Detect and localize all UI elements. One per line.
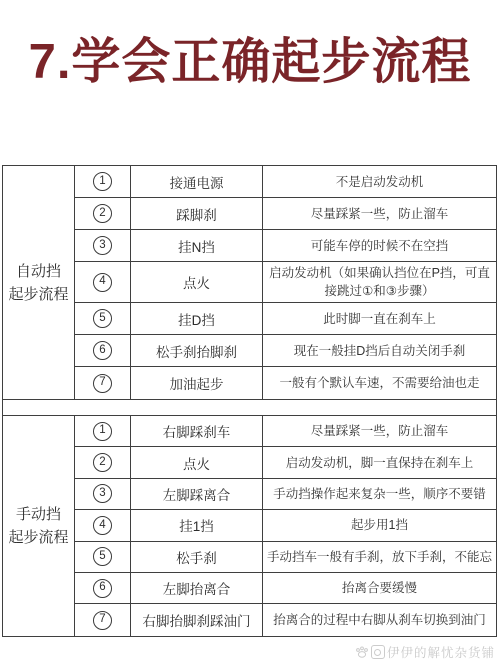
step-cell: 5 <box>75 542 131 572</box>
table-row: 6松手刹抬脚刹现在一般挂D挡后自动关闭手刹 <box>75 335 496 367</box>
step-number: 7 <box>93 374 112 393</box>
step-number: 1 <box>93 422 112 441</box>
step-number: 4 <box>93 273 112 292</box>
action-label: 点火 <box>183 453 210 473</box>
step-cell: 2 <box>75 447 131 477</box>
table-row: 2踩脚刹尽量踩紧一些，防止溜车 <box>75 198 496 230</box>
action-label: 挂D挡 <box>178 309 215 329</box>
manual-gear-rows: 1右脚踩刹车尽量踩紧一些，防止溜车2点火启动发动机，脚一直保持在刹车上3左脚踩离… <box>75 416 496 636</box>
note-text: 起步用1挡 <box>351 516 408 534</box>
step-cell: 4 <box>75 510 131 540</box>
step-number: 4 <box>93 516 112 535</box>
manual-gear-table: 手动挡 起步流程 1右脚踩刹车尽量踩紧一些，防止溜车2点火启动发动机，脚一直保持… <box>3 416 496 636</box>
note-cell: 启动发动机（如果确认挡位在P挡，可直接跳过①和③步骤） <box>263 262 496 302</box>
table-row: 5挂D挡此时脚一直在刹车上 <box>75 303 496 335</box>
note-cell: 尽量踩紧一些，防止溜车 <box>263 198 496 229</box>
step-number: 1 <box>93 172 112 191</box>
action-cell: 右脚踩刹车 <box>131 416 263 446</box>
table-row: 7加油起步一般有个默认车速，不需要给油也走 <box>75 367 496 399</box>
step-number: 7 <box>93 611 112 630</box>
table-row: 1接通电源不是启动发动机 <box>75 166 496 198</box>
action-label: 踩脚刹 <box>176 204 217 224</box>
note-text: 手动挡车一般有手刹，放下手刹，不能忘 <box>267 548 492 566</box>
page-title: 7.学会正确起步流程 <box>0 26 500 98</box>
table-row: 4点火启动发动机（如果确认挡位在P挡，可直接跳过①和③步骤） <box>75 262 496 303</box>
step-cell: 6 <box>75 573 131 603</box>
paw-icon <box>355 645 369 659</box>
auto-gear-rows: 1接通电源不是启动发动机2踩脚刹尽量踩紧一些，防止溜车3挂N挡可能车停的时候不在… <box>75 166 496 399</box>
table-row: 1右脚踩刹车尽量踩紧一些，防止溜车 <box>75 416 496 447</box>
group-label-line: 起步流程 <box>8 526 68 549</box>
action-cell: 点火 <box>131 262 263 302</box>
note-cell: 现在一般挂D挡后自动关闭手刹 <box>263 335 496 366</box>
step-cell: 6 <box>75 335 131 366</box>
step-cell: 1 <box>75 416 131 446</box>
note-cell: 一般有个默认车速，不需要给油也走 <box>263 367 496 399</box>
step-number: 6 <box>93 579 112 598</box>
table-row: 7右脚抬脚刹踩油门抬离合的过程中右脚从刹车切换到油门 <box>75 604 496 635</box>
watermark: 伊伊的解忧杂货铺 <box>355 643 495 661</box>
table-row: 4挂1挡起步用1挡 <box>75 510 496 541</box>
note-text: 尽量踩紧一些，防止溜车 <box>311 205 449 223</box>
group-label-line: 手动挡 <box>16 503 61 526</box>
table-row: 6左脚抬离合抬离合要缓慢 <box>75 573 496 604</box>
step-number: 5 <box>93 547 112 566</box>
table-row: 5松手刹手动挡车一般有手刹，放下手刹，不能忘 <box>75 542 496 573</box>
step-number: 2 <box>93 453 112 472</box>
table-row: 3左脚踩离合手动挡操作起来复杂一些，顺序不要错 <box>75 479 496 510</box>
auto-gear-table: 自动挡 起步流程 1接通电源不是启动发动机2踩脚刹尽量踩紧一些，防止溜车3挂N挡… <box>3 166 496 399</box>
action-label: 松手刹 <box>176 547 217 567</box>
action-cell: 右脚抬脚刹踩油门 <box>131 604 263 635</box>
note-text: 可能车停的时候不在空挡 <box>311 237 449 255</box>
note-cell: 起步用1挡 <box>263 510 496 540</box>
note-text: 启动发动机，脚一直保持在刹车上 <box>286 454 474 472</box>
note-text: 手动挡操作起来复杂一些，顺序不要错 <box>273 485 486 503</box>
note-cell: 尽量踩紧一些，防止溜车 <box>263 416 496 446</box>
step-number: 2 <box>93 204 112 223</box>
group-label-auto: 自动挡 起步流程 <box>3 166 75 399</box>
note-text: 抬离合要缓慢 <box>342 579 417 597</box>
action-cell: 点火 <box>131 447 263 477</box>
step-cell: 3 <box>75 230 131 261</box>
watermark-text: 伊伊的解忧杂货铺 <box>387 643 495 661</box>
action-label: 挂N挡 <box>178 236 215 256</box>
action-label: 加油起步 <box>170 373 224 393</box>
note-cell: 手动挡操作起来复杂一些，顺序不要错 <box>263 479 496 509</box>
step-number: 3 <box>93 236 112 255</box>
note-text: 此时脚一直在刹车上 <box>323 310 436 328</box>
group-label-line: 自动挡 <box>16 260 61 283</box>
step-cell: 1 <box>75 166 131 197</box>
note-text: 不是启动发动机 <box>336 173 424 191</box>
table-row: 3挂N挡可能车停的时候不在空挡 <box>75 230 496 262</box>
action-label: 右脚抬脚刹踩油门 <box>143 610 251 630</box>
step-number: 6 <box>93 341 112 360</box>
note-text: 尽量踩紧一些，防止溜车 <box>311 422 449 440</box>
action-label: 挂1挡 <box>179 515 214 535</box>
action-label: 右脚踩刹车 <box>163 421 231 441</box>
note-cell: 抬离合要缓慢 <box>263 573 496 603</box>
action-cell: 左脚踩离合 <box>131 479 263 509</box>
action-label: 接通电源 <box>170 172 224 192</box>
step-number: 5 <box>93 309 112 328</box>
step-cell: 3 <box>75 479 131 509</box>
table-row: 2点火启动发动机，脚一直保持在刹车上 <box>75 447 496 478</box>
action-cell: 接通电源 <box>131 166 263 197</box>
note-cell: 手动挡车一般有手刹，放下手刹，不能忘 <box>263 542 496 572</box>
step-cell: 4 <box>75 262 131 302</box>
action-label: 左脚抬离合 <box>163 578 231 598</box>
step-cell: 7 <box>75 604 131 635</box>
start-procedure-box: 自动挡 起步流程 1接通电源不是启动发动机2踩脚刹尽量踩紧一些，防止溜车3挂N挡… <box>2 165 497 637</box>
note-cell: 抬离合的过程中右脚从刹车切换到油门 <box>263 604 496 635</box>
app-logo-icon <box>371 645 385 659</box>
action-label: 左脚踩离合 <box>163 484 231 504</box>
step-cell: 2 <box>75 198 131 229</box>
step-cell: 5 <box>75 303 131 334</box>
group-label-line: 起步流程 <box>8 283 68 306</box>
action-cell: 松手刹抬脚刹 <box>131 335 263 366</box>
note-cell: 不是启动发动机 <box>263 166 496 197</box>
table-gap <box>3 399 496 416</box>
note-text: 抬离合的过程中右脚从刹车切换到油门 <box>273 611 486 629</box>
note-cell: 此时脚一直在刹车上 <box>263 303 496 334</box>
note-text: 现在一般挂D挡后自动关闭手刹 <box>294 342 466 360</box>
action-cell: 挂N挡 <box>131 230 263 261</box>
step-cell: 7 <box>75 367 131 399</box>
group-label-manual: 手动挡 起步流程 <box>3 416 75 636</box>
action-cell: 挂D挡 <box>131 303 263 334</box>
action-cell: 加油起步 <box>131 367 263 399</box>
note-cell: 可能车停的时候不在空挡 <box>263 230 496 261</box>
action-cell: 左脚抬离合 <box>131 573 263 603</box>
note-text: 启动发动机（如果确认挡位在P挡，可直接跳过①和③步骤） <box>266 264 493 300</box>
note-cell: 启动发动机，脚一直保持在刹车上 <box>263 447 496 477</box>
action-label: 松手刹抬脚刹 <box>156 341 237 361</box>
note-text: 一般有个默认车速，不需要给油也走 <box>279 374 479 392</box>
action-cell: 松手刹 <box>131 542 263 572</box>
action-cell: 挂1挡 <box>131 510 263 540</box>
action-cell: 踩脚刹 <box>131 198 263 229</box>
action-label: 点火 <box>183 272 210 292</box>
step-number: 3 <box>93 484 112 503</box>
